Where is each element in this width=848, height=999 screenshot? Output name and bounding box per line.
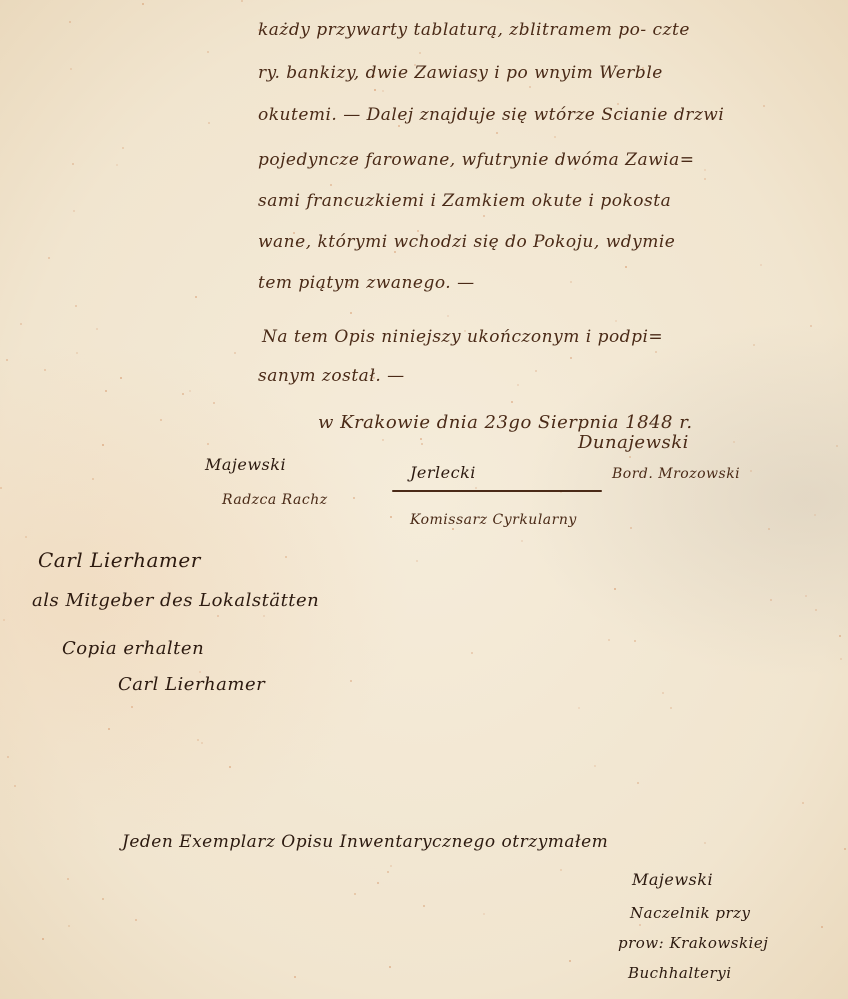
- receipt-signature-line-2: Naczelnik przy: [630, 904, 751, 922]
- paper-speck: [570, 281, 572, 283]
- date-line: w Krakowie dnia 23go Sierpnia 1848 r.: [318, 412, 693, 433]
- body-line-4: pojedyncze farowane, wfutrynie dwóma Zaw…: [258, 150, 694, 170]
- german-note-line-2: als Mitgeber des Lokalstätten: [32, 590, 319, 611]
- paper-speck: [44, 369, 46, 371]
- paper-speck: [122, 147, 124, 149]
- paper-speck: [382, 90, 384, 92]
- paper-speck: [521, 540, 523, 542]
- receipt-line: Jeden Exemplarz Opisu Inwentarycznego ot…: [122, 832, 608, 852]
- receipt-signature-line-3: prow: Krakowskiej: [618, 934, 768, 952]
- body-line-6: wane, którymi wchodzi się do Pokoju, wdy…: [258, 232, 675, 252]
- german-note-line-4: Carl Lierhamer: [118, 674, 265, 695]
- signature-center-title: Komissarz Cyrkularny: [410, 512, 577, 528]
- paper-speck: [814, 514, 816, 516]
- paper-speck: [241, 0, 243, 2]
- signature-left-title: Radzca Rachz: [222, 492, 328, 508]
- paper-speck: [844, 848, 846, 850]
- body-line-9: sanym został. —: [258, 366, 405, 386]
- paper-speck: [350, 680, 352, 682]
- signature-flourish: [392, 490, 602, 492]
- signature-left-name: Majewski: [205, 455, 286, 474]
- paper-speck: [471, 652, 473, 654]
- german-note-line-3: Copia erhalten: [62, 638, 204, 659]
- receipt-signature-name: Majewski: [632, 870, 713, 889]
- paper-speck: [750, 470, 752, 472]
- paper-speck: [733, 441, 735, 443]
- body-line-5: sami francuzkiemi i Zamkiem okute i poko…: [258, 191, 671, 211]
- paper-speck: [67, 878, 69, 880]
- paper-speck: [398, 125, 400, 127]
- signature-right-title: Bord. Mrozowski: [612, 466, 740, 482]
- paper-speck: [208, 122, 210, 124]
- paper-speck: [535, 370, 537, 372]
- paper-speck: [554, 136, 556, 138]
- paper-speck: [614, 588, 616, 590]
- body-line-1: każdy przywarty tablaturą, zblitramem po…: [258, 20, 690, 40]
- receipt-signature-line-4: Buchhalteryi: [628, 964, 732, 982]
- paper-speck: [285, 556, 287, 558]
- paper-speck: [770, 599, 772, 601]
- paper-speck: [105, 390, 107, 392]
- paper-speck: [570, 357, 572, 359]
- signature-center-name: Jerlecki: [410, 463, 476, 482]
- paper-speck: [96, 328, 98, 330]
- body-line-2: ry. bankizy, dwie Zawiasy i po wnyim Wer…: [258, 63, 663, 83]
- paper-speck: [213, 402, 215, 404]
- paper-speck: [637, 782, 639, 784]
- paper-speck: [207, 51, 209, 53]
- paper-speck: [419, 52, 421, 54]
- paper-speck: [207, 443, 209, 445]
- paper-speck: [608, 639, 610, 641]
- paper-speck: [629, 456, 631, 458]
- paper-speck: [805, 595, 807, 597]
- body-line-8: Na tem Opis niniejszy ukończonym i podpi…: [262, 327, 663, 347]
- paper-speck: [330, 184, 332, 186]
- paper-speck: [353, 497, 355, 499]
- paper-speck: [217, 615, 219, 617]
- paper-speck: [810, 325, 812, 327]
- paper-speck: [263, 615, 265, 617]
- signature-right-name: Dunajewski: [578, 432, 689, 453]
- paper-speck: [569, 960, 571, 962]
- paper-speck: [7, 756, 9, 758]
- body-line-7: tem piątym zwanego. —: [258, 273, 475, 293]
- paper-speck: [578, 707, 580, 709]
- paper-speck: [377, 882, 379, 884]
- paper-speck: [634, 640, 636, 642]
- paper-speck: [48, 257, 50, 259]
- paper-speck: [389, 966, 391, 968]
- paper-speck: [350, 312, 352, 314]
- paper-speck: [25, 536, 27, 538]
- paper-speck: [560, 869, 562, 871]
- paper-speck: [630, 527, 632, 529]
- paper-speck: [615, 320, 617, 322]
- paper-speck: [108, 728, 110, 730]
- paper-speck: [142, 3, 144, 5]
- body-line-3: okutemi. — Dalej znajduje się wtórze Sci…: [258, 105, 724, 125]
- paper-speck: [0, 487, 2, 489]
- paper-speck: [75, 305, 77, 307]
- german-note-line-1: Carl Lierhamer: [38, 548, 201, 572]
